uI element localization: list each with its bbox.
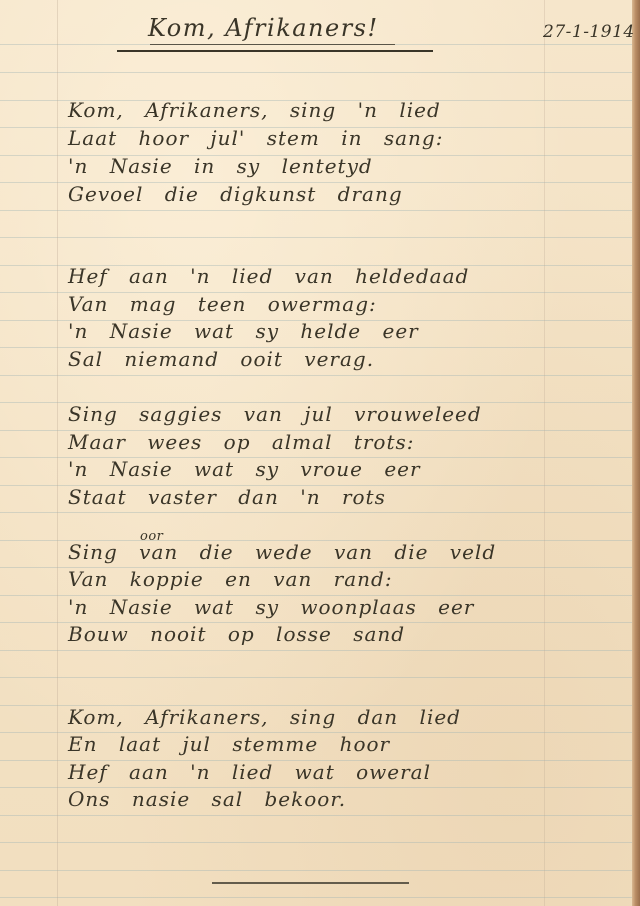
poem-line: Sal niemand ooit verag. xyxy=(68,347,374,371)
poem-line: 'n Nasie in sy lentetyd xyxy=(68,154,373,178)
ruled-line xyxy=(0,815,632,816)
ruled-line xyxy=(0,72,632,73)
poem-line: Van koppie en van rand: xyxy=(68,567,393,591)
poem-line: Kom, Afrikaners, sing 'n lied xyxy=(68,98,441,122)
poem-line: Laat hoor jul' stem in sang: xyxy=(68,126,443,150)
poem-line: 'n Nasie wat sy woonplaas eer xyxy=(68,595,474,619)
poem-line: Kom, Afrikaners, sing dan lied xyxy=(68,705,461,729)
poem-line: Ons nasie sal bekoor. xyxy=(68,787,346,811)
ruled-line xyxy=(0,842,632,843)
poem-line: Staat vaster dan 'n rots xyxy=(68,485,386,509)
poem-line: Gevoel die digkunst drang xyxy=(68,182,403,206)
ruled-line xyxy=(0,237,632,238)
poem-line: Bouw nooit op losse sand xyxy=(68,622,405,646)
title-double-underline xyxy=(117,50,433,52)
ruled-line xyxy=(0,897,632,898)
poem-line: Hef aan 'n lied van heldedaad xyxy=(68,264,469,288)
poem-line: Van mag teen owermag: xyxy=(68,292,377,316)
poem-line: Sing saggies van jul vrouweleed xyxy=(68,402,482,426)
right-margin-line xyxy=(544,0,545,906)
title-underline xyxy=(150,44,395,45)
page-edge xyxy=(632,0,640,906)
ruled-line xyxy=(0,677,632,678)
poem-line: Sing van die wede van die veld xyxy=(68,540,496,564)
poem-line: Maar wees op almal trots: xyxy=(68,430,415,454)
ruled-line xyxy=(0,210,632,211)
end-rule xyxy=(212,882,409,884)
poem-line: 'n Nasie wat sy helde eer xyxy=(68,319,419,343)
ruled-line xyxy=(0,870,632,871)
left-margin-line xyxy=(57,0,58,906)
ruled-line xyxy=(0,650,632,651)
poem-line: 'n Nasie wat sy vroue eer xyxy=(68,457,421,481)
poem-date: 27-1-1914 xyxy=(543,22,635,42)
poem-line: Hef aan 'n lied wat oweral xyxy=(68,760,431,784)
ruled-line xyxy=(0,375,632,376)
ruled-line xyxy=(0,512,632,513)
manuscript-page: Kom, Afrikaners! 27-1-1914 Kom, Afrikane… xyxy=(0,0,640,906)
poem-line: En laat jul stemme hoor xyxy=(68,732,390,756)
poem-title: Kom, Afrikaners! xyxy=(148,14,379,42)
